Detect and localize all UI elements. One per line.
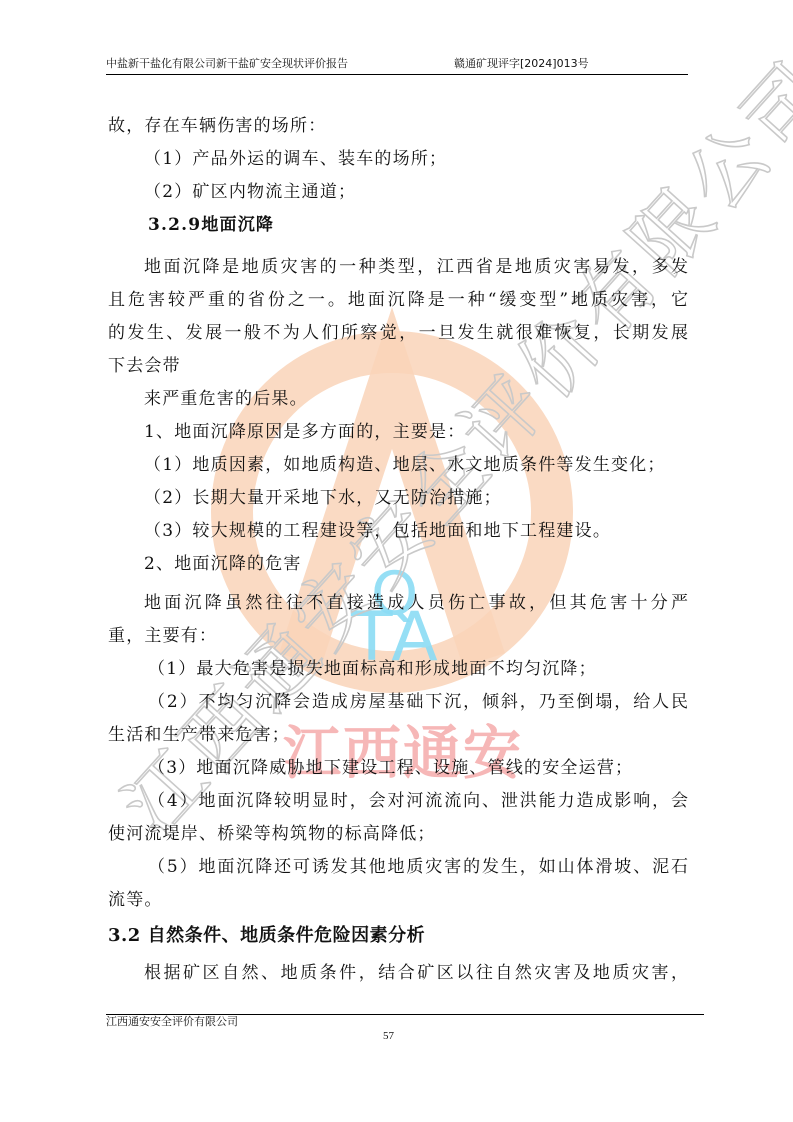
body-line: 重，主要有： xyxy=(108,625,217,647)
body-line: （3）较大规模的工程建设等，包括地面和地下工程建设。 xyxy=(144,520,611,542)
body-line: 地面沉降是地质灾害的一种类型，江西省是地质灾害易发，多发 xyxy=(144,256,688,278)
body-line: 使河流堤岸、桥梁等构筑物的标高降低； xyxy=(108,823,436,845)
body-line: 2、地面沉降的危害 xyxy=(144,553,302,575)
body-line: （2）不均匀沉降会造成房屋基础下沉，倾斜，乃至倒塌，给人民 xyxy=(148,691,688,713)
body-line: 地面沉降虽然往往不直接造成人员伤亡事故，但其危害十分严 xyxy=(144,592,688,614)
page-number: 57 xyxy=(383,1030,394,1042)
body-line: 的发生、发展一般不为人们所察觉，一旦发生就很难恢复，长期发展 xyxy=(108,322,688,344)
body-line: （1）最大危害是损失地面标高和形成地面不均匀沉降； xyxy=(148,658,597,680)
footer-company: 江西通安安全评价有限公司 xyxy=(106,1015,238,1029)
body-line: （3）地面沉降威胁地下建设工程、设施、管线的安全运营； xyxy=(148,757,633,779)
body-line: （1）产品外运的调车、装车的场所； xyxy=(144,148,447,170)
body-line: 来严重危害的后果。 xyxy=(144,388,308,410)
body-line: （5）地面沉降还可诱发其他地质灾害的发生，如山体滑坡、泥石 xyxy=(148,856,688,878)
body-line: 且危害较严重的省份之一。地面沉降是一种“缓变型”地质灾害，它 xyxy=(108,289,688,311)
body-line: （1）地质因素，如地质构造、地层、水文地质条件等发生变化； xyxy=(144,454,666,476)
report-title: 中盐新干盐化有限公司新干盐矿安全现状评价报告 xyxy=(106,57,348,71)
section-heading-3-2: 3.2 自然条件、地质条件危险因素分析 xyxy=(108,925,425,947)
body-line: 流等。 xyxy=(108,889,163,911)
body-line: 下去会带 xyxy=(108,355,181,377)
body-line: 1、地面沉降原因是多方面的，主要是： xyxy=(144,421,465,443)
body-line: （2）矿区内物流主通道； xyxy=(144,181,356,203)
report-number: 赣通矿现评字[2024]013号 xyxy=(454,57,589,71)
body-line: （2）长期大量开采地下水，又无防治措施； xyxy=(144,487,502,509)
document-page: Q TA 江西通安 江西通安安全评价有限公司 中盐新干盐化有限公司新干盐矿安全现… xyxy=(0,0,793,1122)
section-heading-3-2-9: 3.2.9地面沉降 xyxy=(148,214,274,236)
page-header: 中盐新干盐化有限公司新干盐矿安全现状评价报告 赣通矿现评字[2024]013号 xyxy=(106,57,688,75)
body-line: 生活和生产带来危害； xyxy=(108,724,290,746)
body-line: 故，存在车辆伤害的场所： xyxy=(108,115,326,137)
body-line: （4）地面沉降较明显时，会对河流流向、泄洪能力造成影响，会 xyxy=(148,790,688,812)
body-line: 根据矿区自然、地质条件，结合矿区以往自然灾害及地质灾害， xyxy=(144,962,688,984)
